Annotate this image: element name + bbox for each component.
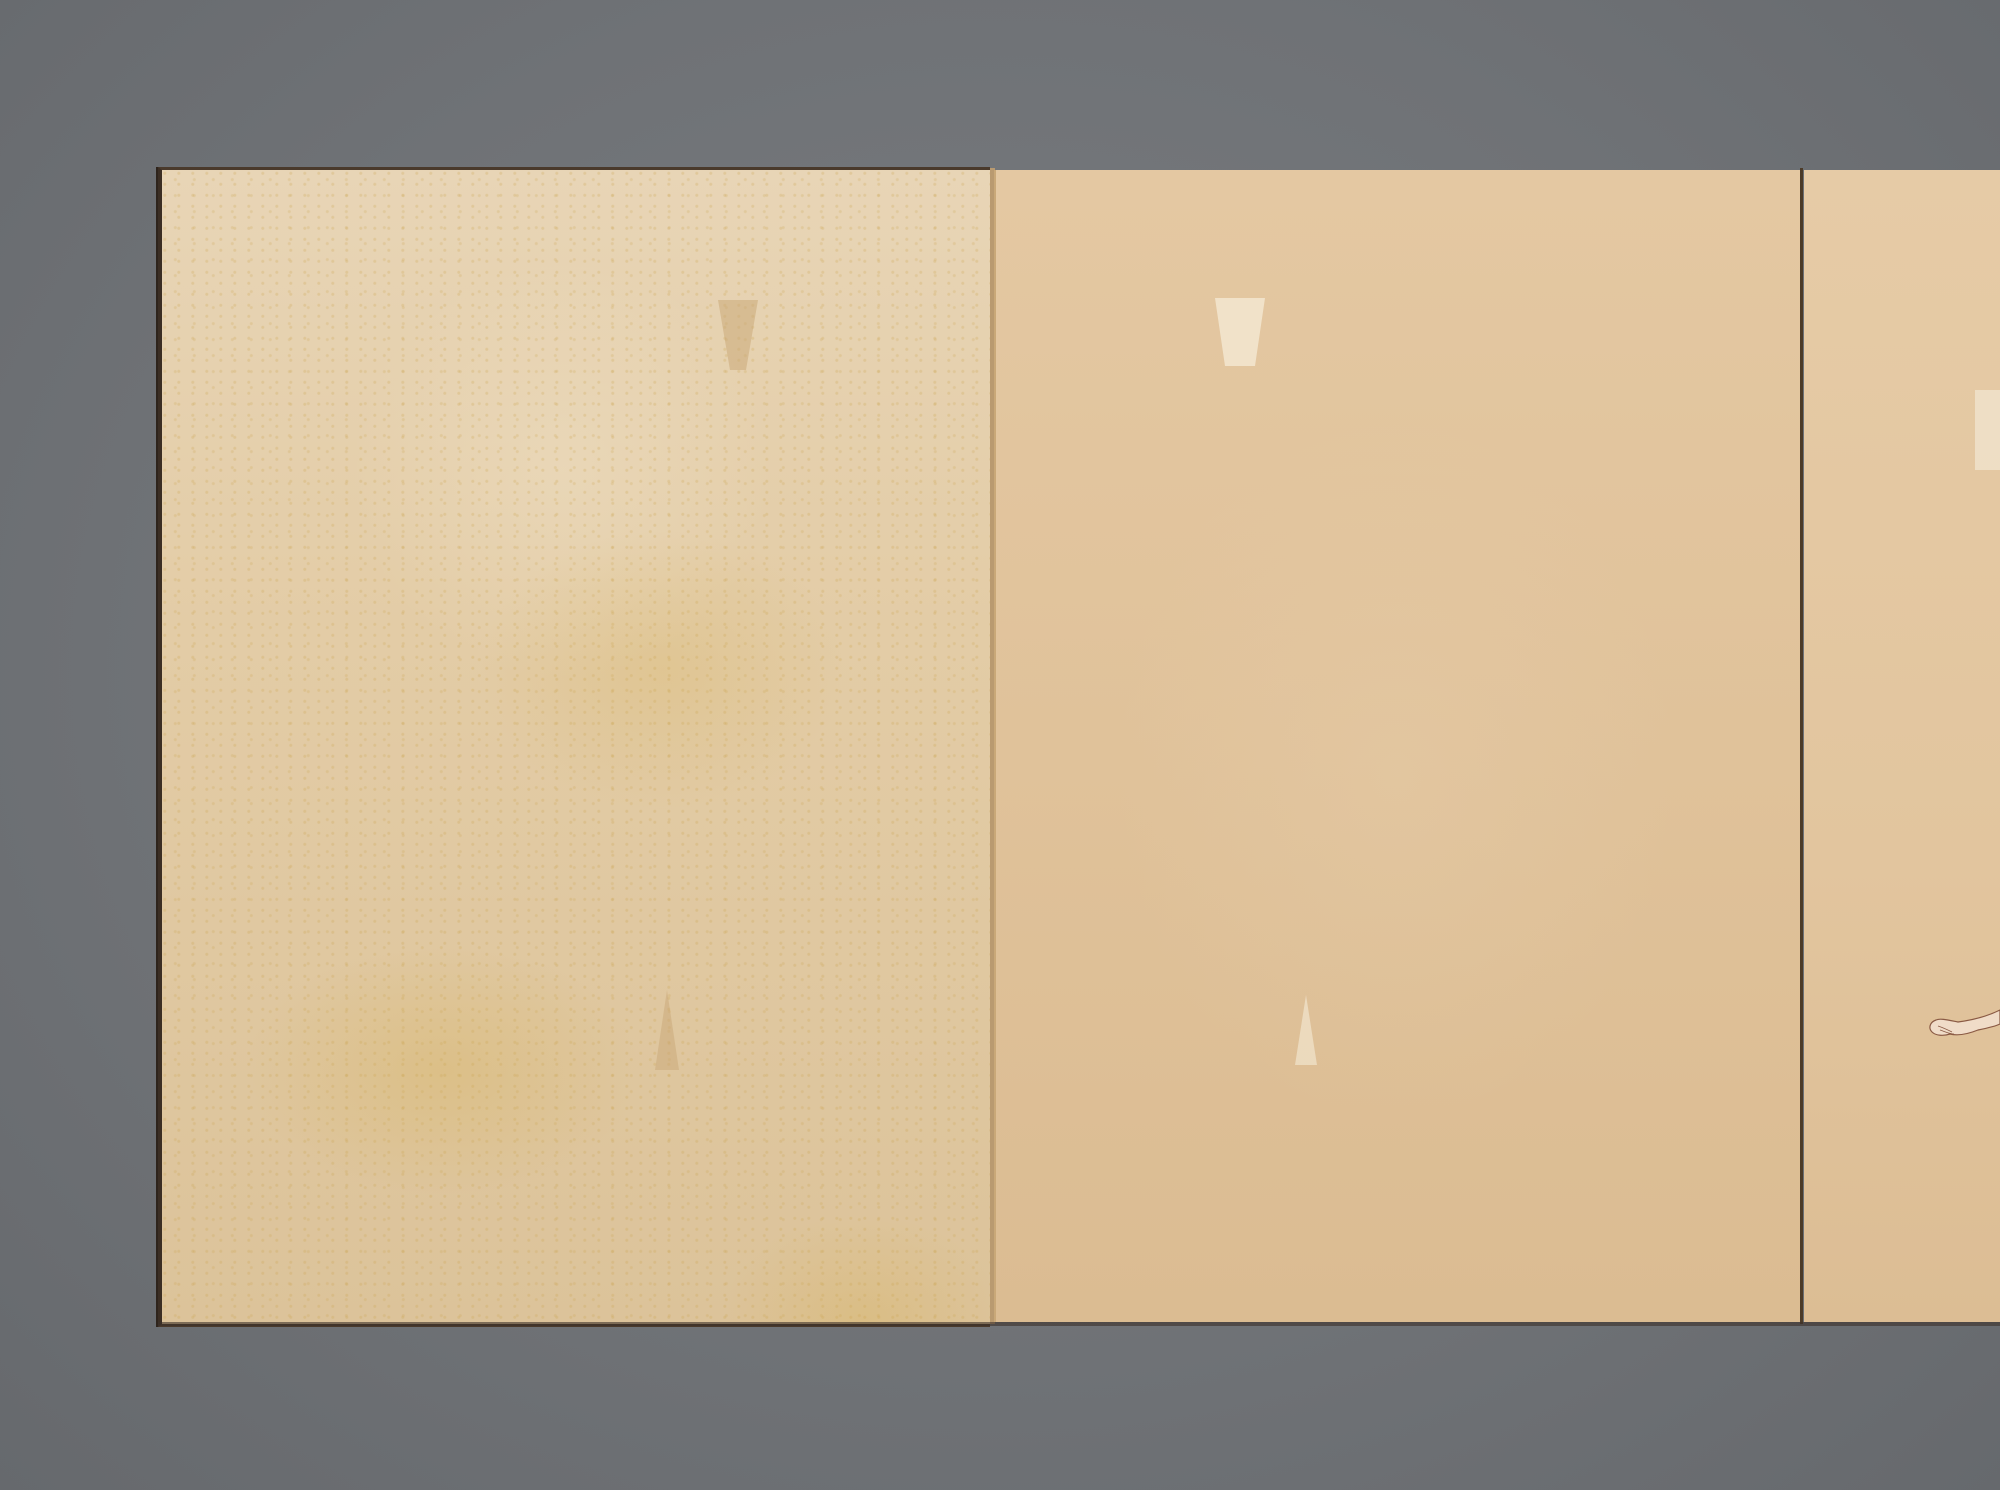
album-panel-left: [158, 167, 990, 1327]
pale-patch: [1975, 390, 2000, 470]
album-panel-middle: [994, 170, 1800, 1322]
gold-fleck-texture: [162, 170, 990, 1324]
album-bottom-edge: [158, 1322, 2000, 1326]
album-panel-right: [1804, 170, 2000, 1322]
painted-hand-icon: [1918, 1000, 2000, 1050]
fold-crease-right: [1800, 168, 1803, 1324]
